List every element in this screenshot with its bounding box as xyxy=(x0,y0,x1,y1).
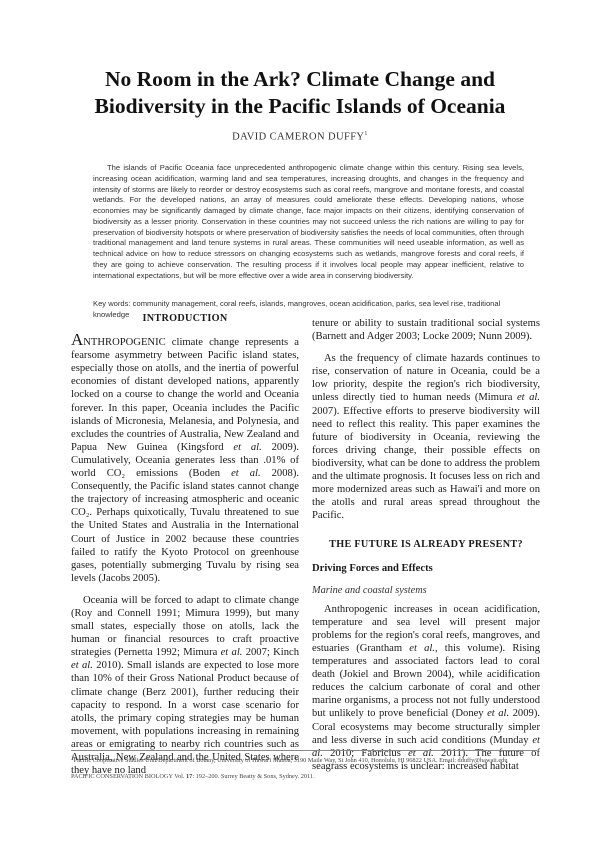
citation-etal: et al. xyxy=(71,660,93,671)
text-run: climate change represents a fearsome asy… xyxy=(71,337,299,453)
footnote-text: Pacific Cooperative Studies Unit/Departm… xyxy=(74,757,508,764)
right-column: tenure or ability to sustain traditional… xyxy=(312,317,540,773)
text-run: 2007; Kinch xyxy=(242,647,299,658)
section-heading-introduction: INTRODUCTION xyxy=(71,312,299,325)
left-column: INTRODUCTION ANTHROPOGENIC climate chang… xyxy=(71,312,299,777)
lead-word: NTHROPOGENIC xyxy=(83,337,165,348)
citation-etal: et al. xyxy=(517,392,540,403)
subheading-driving-forces: Driving Forces and Effects xyxy=(312,562,540,575)
footnote-divider xyxy=(71,750,537,751)
intro-paragraph-3: As the frequency of climate hazards cont… xyxy=(312,352,540,522)
title-line-2: Biodiversity in the Pacific Islands of O… xyxy=(70,93,530,120)
subsubheading-marine: Marine and coastal systems xyxy=(312,584,540,597)
author-footnote-mark: 1 xyxy=(364,131,367,137)
marine-paragraph: Anthropogenic increases in ocean acidifi… xyxy=(312,603,540,773)
citation-etal: et al. xyxy=(409,643,435,654)
article-title: No Room in the Ark? Climate Change and B… xyxy=(70,66,530,120)
intro-paragraph-1: ANTHROPOGENIC climate change represents … xyxy=(71,333,299,585)
citation-etal: et al. xyxy=(233,442,261,453)
section-heading-future: THE FUTURE IS ALREADY PRESENT? xyxy=(312,538,540,551)
author-text: DAVID CAMERON DUFFY xyxy=(232,132,364,143)
citation-etal: et al. xyxy=(487,708,509,719)
journal-name: PACIFIC CONSERVATION BIOLOGY Vol. xyxy=(71,773,186,780)
citation-etal: et al. xyxy=(221,647,243,658)
journal-citation: PACIFIC CONSERVATION BIOLOGY Vol. 17: 19… xyxy=(71,773,541,781)
text-run: 2007). Effective efforts to preserve bio… xyxy=(312,406,540,522)
author-name: DAVID CAMERON DUFFY1 xyxy=(70,131,530,143)
drop-cap: A xyxy=(71,330,83,349)
author-affiliation-footnote: 1Pacific Cooperative Studies Unit/Depart… xyxy=(71,754,541,765)
journal-pages-publisher: : 192–200. Surrey Beatty & Sons, Sydney.… xyxy=(192,773,314,780)
text-run: As the frequency of climate hazards cont… xyxy=(312,353,540,403)
abstract: The islands of Pacific Oceania face unpr… xyxy=(93,163,524,281)
intro-paragraph-continued: tenure or ability to sustain traditional… xyxy=(312,317,540,343)
text-run: 2008). Consequently, the Pacific island … xyxy=(71,468,299,584)
citation-etal: et al. xyxy=(231,468,261,479)
title-line-1: No Room in the Ark? Climate Change and xyxy=(70,66,530,93)
